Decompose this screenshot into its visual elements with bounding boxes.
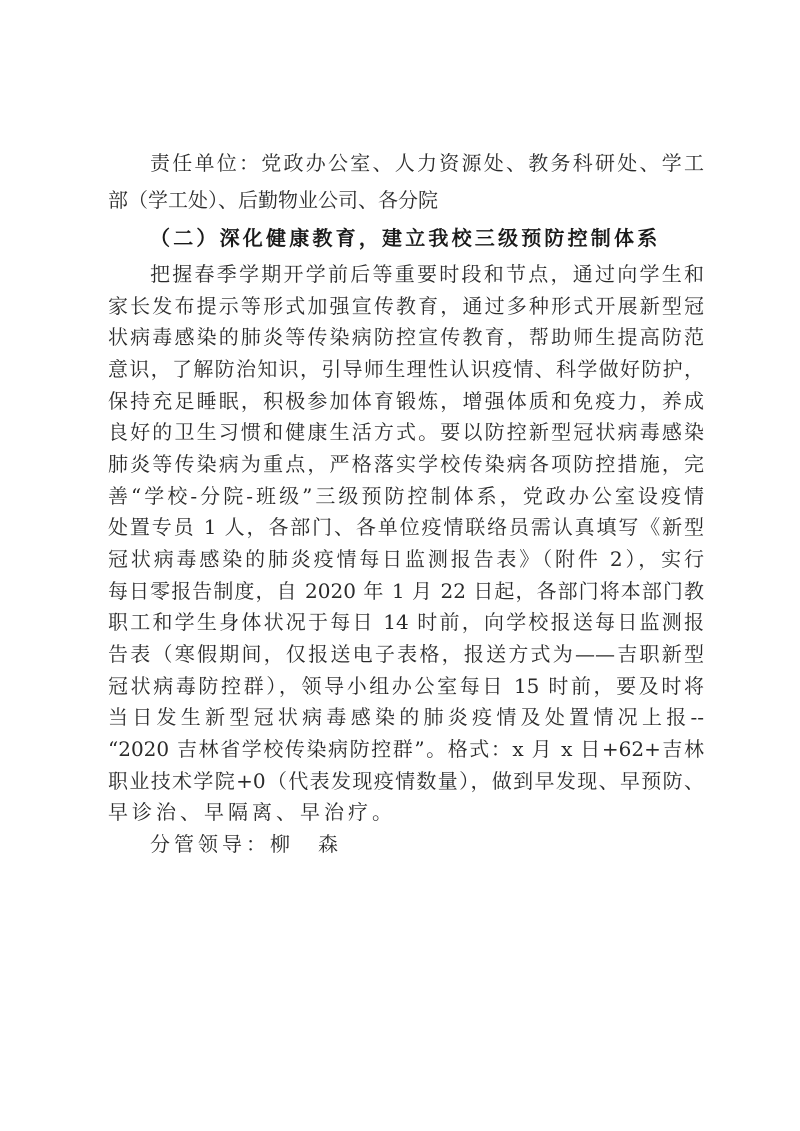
section-heading: （二）深化健康教育，建立我校三级预防控制体系 [150,223,660,253]
body-line-12: 职工和学生身体状况于每日 14 时前，向学校报送每日监测报 [108,607,704,637]
body-line-6: 良好的卫生习惯和健康生活方式。要以防控新型冠状病毒感染 [108,417,704,447]
document-page: 责任单位：党政办公室、人力资源处、教务科研处、学工 部（学工处）、后勤物业公司、… [0,0,800,1131]
body-line-14: 冠状病毒防控群），领导小组办公室每日 15 时前，要及时将 [108,671,704,701]
body-line-1: 把握春季学期开学前后等重要时段和节点，通过向学生和 [150,259,704,289]
responsible-units-line-2: 部（学工处）、后勤物业公司、各分院 [108,185,704,215]
body-line-8: 善“学校-分院-班级”三级预防控制体系，党政办公室设疫情 [108,481,704,511]
body-line-11: 每日零报告制度，自 2020 年 1 月 22 日起，各部门将本部门教 [108,576,704,606]
body-line-17: 职业技术学院+0（代表发现疫情数量），做到早发现、早预防、 [108,766,704,796]
responsible-units-line-1: 责任单位：党政办公室、人力资源处、教务科研处、学工 [150,148,704,178]
body-line-5: 保持充足睡眠，积极参加体育锻炼，增强体质和免疫力，养成 [108,386,704,416]
body-line-4: 意识，了解防治知识，引导师生理性认识疫情、科学做好防护， [108,354,704,384]
body-line-15: 当日发生新型冠状病毒感染的肺炎疫情及处置情况上报-- [108,702,704,732]
body-line-10: 冠状病毒感染的肺炎疫情每日监测报告表》（附件 2），实行 [108,544,704,574]
body-line-7: 肺炎等传染病为重点，严格落实学校传染病各项防控措施，完 [108,449,704,479]
body-line-16: “2020 吉林省学校传染病防控群”。格式：x 月 x 日+62+吉林 [108,734,704,764]
body-line-2: 家长发布提示等形式加强宣传教育，通过多种形式开展新型冠 [108,291,704,321]
body-line-9: 处置专员 1 人，各部门、各单位疫情联络员需认真填写《新型 [108,512,704,542]
body-line-18: 早诊治、早隔离、早治疗。 [108,797,396,827]
body-line-13: 告表（寒假期间，仅报送电子表格，报送方式为——吉职新型 [108,639,704,669]
supervising-leader-line: 分管领导：柳 森 [150,829,342,859]
body-line-3: 状病毒感染的肺炎等传染病防控宣传教育，帮助师生提高防范 [108,322,704,352]
